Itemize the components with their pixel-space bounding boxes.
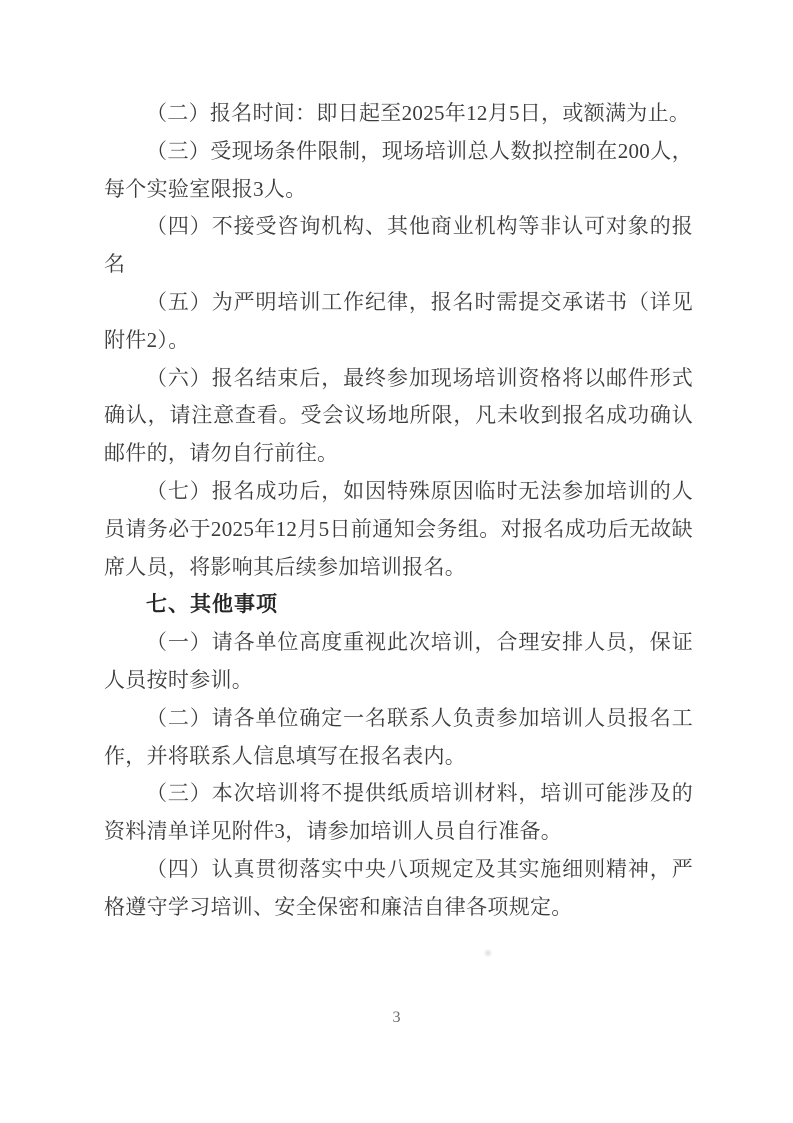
- page-number: 3: [393, 1009, 401, 1026]
- paragraph: （一）请各单位高度重视此次培训，合理安排人员，保证人员按时参训。: [104, 624, 693, 700]
- document-page: （二）报名时间：即日起至2025年12月5日，或额满为止。（三）受现场条件限制，…: [0, 0, 793, 1123]
- document-body: （二）报名时间：即日起至2025年12月5日，或额满为止。（三）受现场条件限制，…: [104, 95, 693, 927]
- paragraph: （六）报名结束后，最终参加现场培训资格将以邮件形式确认，请注意查看。受会议场地所…: [104, 360, 693, 473]
- paragraph: （四）认真贯彻落实中央八项规定及其实施细则精神，严格遵守学习培训、安全保密和廉洁…: [104, 851, 693, 927]
- paragraph: （二）报名时间：即日起至2025年12月5日，或额满为止。: [104, 95, 693, 133]
- paragraph: （三）受现场条件限制，现场培训总人数拟控制在200人，每个实验室限报3人。: [104, 133, 693, 209]
- paragraph: （四）不接受咨询机构、其他商业机构等非认可对象的报名: [104, 208, 693, 284]
- page-footer: 3: [0, 1008, 793, 1028]
- scan-artifact: [483, 949, 493, 957]
- paragraph: （二）请各单位确定一名联系人负责参加培训人员报名工作，并将联系人信息填写在报名表…: [104, 700, 693, 776]
- paragraph: （三）本次培训将不提供纸质培训材料，培训可能涉及的资料清单详见附件3，请参加培训…: [104, 775, 693, 851]
- paragraph: （七）报名成功后，如因特殊原因临时无法参加培训的人员请务必于2025年12月5日…: [104, 473, 693, 586]
- paragraph: （五）为严明培训工作纪律，报名时需提交承诺书（详见附件2）。: [104, 284, 693, 360]
- section-heading: 七、其他事项: [104, 586, 693, 624]
